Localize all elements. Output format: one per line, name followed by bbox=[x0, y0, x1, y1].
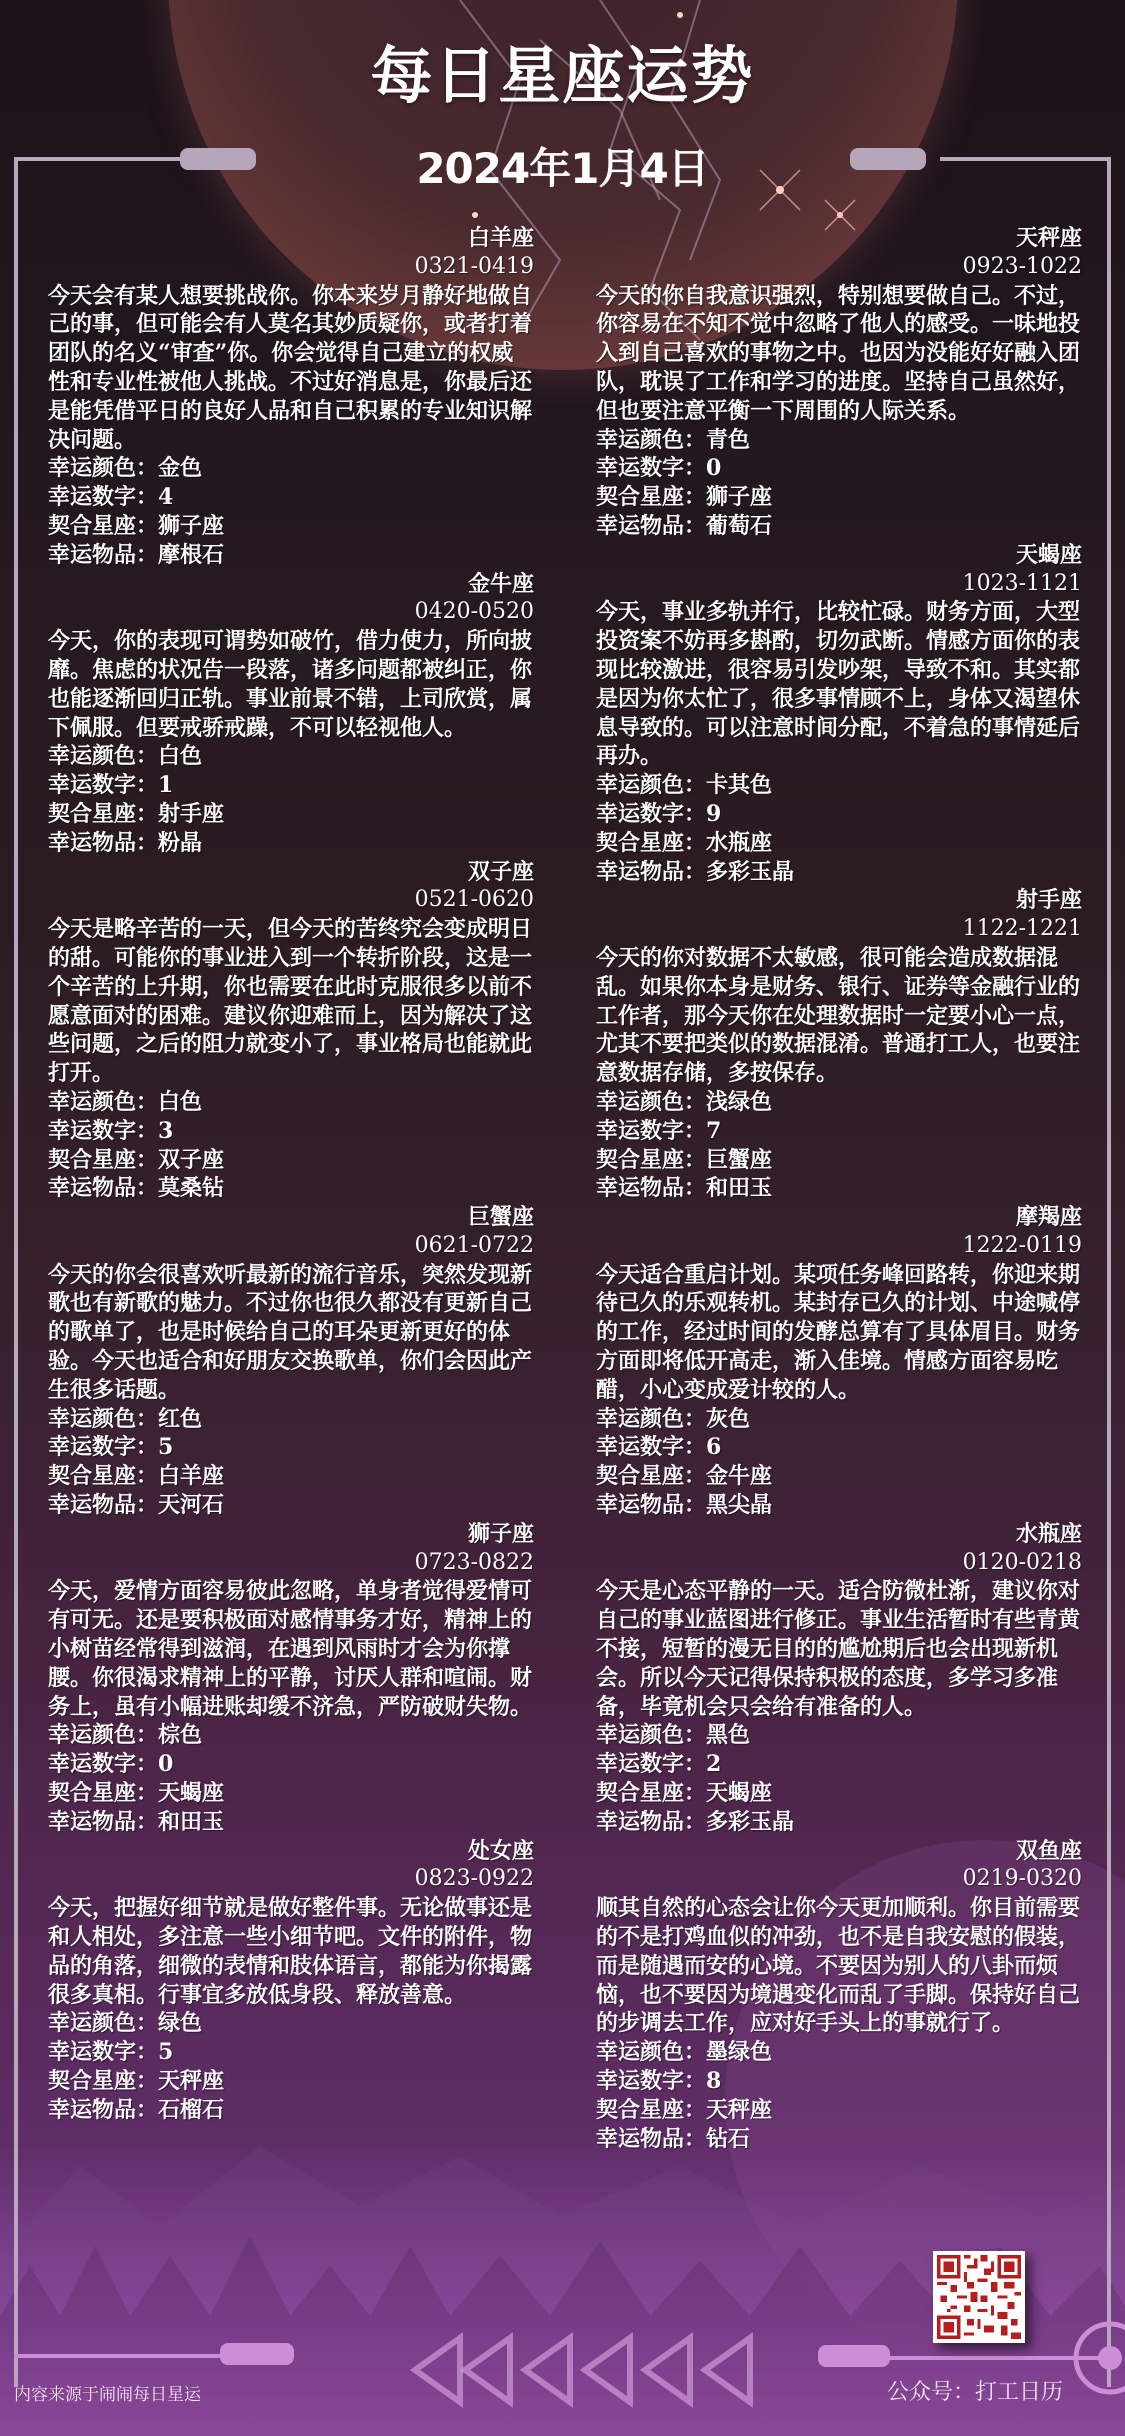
sign-description: 今天是心态平静的一天。适合防微杜渐，建议你对自己的事业蓝图进行修正。事业生活暂时… bbox=[596, 1577, 1082, 1721]
sign-dates: 0120-0218 bbox=[596, 1549, 1082, 1578]
sign-description: 今天，你的表现可谓势如破竹，借力使力，所向披靡。焦虑的状况告一段落，诸多问题都被… bbox=[48, 627, 534, 742]
lucky-number-line: 幸运数字：7 bbox=[596, 1117, 1082, 1146]
sign-description: 今天的你会很喜欢听最新的流行音乐，突然发现新歌也有新歌的魅力。不过你也很久都没有… bbox=[48, 1261, 534, 1405]
lucky-number-line: 幸运数字：0 bbox=[48, 1750, 534, 1779]
lucky-item-value: 和田玉 bbox=[158, 1809, 224, 1835]
sign-card-pisces: 双鱼座 0219-0320 顺其自然的心态会让你今天更加顺利。你目前需要的不是打… bbox=[596, 1837, 1082, 2154]
match-sign-value: 巨蟹座 bbox=[706, 1147, 772, 1173]
lucky-color-value: 灰色 bbox=[706, 1406, 750, 1432]
lucky-color-line: 幸运颜色：灰色 bbox=[596, 1405, 1082, 1434]
lucky-number-value: 5 bbox=[158, 1434, 173, 1460]
content-source-label: 内容来源于闹闹每日星运 bbox=[14, 2380, 201, 2405]
sign-card-aquarius: 水瓶座 0120-0218 今天是心态平静的一天。适合防微杜渐，建议你对自己的事… bbox=[596, 1520, 1082, 1837]
official-account-label: 公众号：打工日历 bbox=[887, 2375, 1063, 2406]
sign-card-gemini: 双子座 0521-0620 今天是略辛苦的一天，但今天的苦终究会变成明日的甜。可… bbox=[48, 858, 534, 1204]
sign-name: 巨蟹座 bbox=[48, 1203, 534, 1232]
lucky-number-line: 幸运数字：0 bbox=[596, 454, 1082, 483]
lucky-item-value: 和田玉 bbox=[706, 1175, 772, 1201]
match-sign-value: 白羊座 bbox=[158, 1463, 224, 1489]
lucky-item-value: 摩根石 bbox=[158, 542, 224, 568]
lucky-color-line: 幸运颜色：浅绿色 bbox=[596, 1088, 1082, 1117]
lucky-number-value: 5 bbox=[158, 2039, 173, 2065]
lucky-item-line: 幸运物品：石榴石 bbox=[48, 2096, 534, 2125]
lucky-number-line: 幸运数字：5 bbox=[48, 2038, 534, 2067]
sign-name: 射手座 bbox=[596, 886, 1082, 915]
lucky-item-line: 幸运物品：和田玉 bbox=[48, 1808, 534, 1837]
sign-dates: 0219-0320 bbox=[596, 1865, 1082, 1894]
lucky-number-line: 幸运数字：9 bbox=[596, 800, 1082, 829]
sign-dates: 0621-0722 bbox=[48, 1232, 534, 1261]
lucky-item-value: 黑尖晶 bbox=[706, 1492, 772, 1518]
sign-name: 水瓶座 bbox=[596, 1520, 1082, 1549]
lucky-number-line: 幸运数字：8 bbox=[596, 2067, 1082, 2096]
match-sign-value: 狮子座 bbox=[706, 484, 772, 510]
match-sign-value: 天蝎座 bbox=[158, 1780, 224, 1806]
lucky-item-value: 粉晶 bbox=[158, 830, 202, 856]
match-sign-value: 天秤座 bbox=[706, 2097, 772, 2123]
lucky-item-line: 幸运物品：天河石 bbox=[48, 1491, 534, 1520]
match-sign-value: 天蝎座 bbox=[706, 1780, 772, 1806]
lucky-item-line: 幸运物品：多彩玉晶 bbox=[596, 858, 1082, 887]
lucky-item-value: 莫桑钻 bbox=[158, 1175, 224, 1201]
lucky-number-value: 1 bbox=[158, 772, 173, 798]
qr-code-icon bbox=[937, 2255, 1021, 2339]
sign-description: 今天，把握好细节就是做好整件事。无论做事还是和人相处，多注意一些小细节吧。文件的… bbox=[48, 1894, 534, 2009]
lucky-color-value: 绿色 bbox=[158, 2010, 202, 2036]
page-date: 2024年1月4日 bbox=[0, 136, 1125, 196]
sign-dates: 1222-0119 bbox=[596, 1232, 1082, 1261]
sign-card-sagittarius: 射手座 1122-1221 今天的你对数据不太敏感，很可能会造成数据混乱。如果你… bbox=[596, 886, 1082, 1203]
sign-name: 双鱼座 bbox=[596, 1837, 1082, 1866]
lucky-item-line: 幸运物品：粉晶 bbox=[48, 829, 534, 858]
lucky-item-value: 天河石 bbox=[158, 1492, 224, 1518]
match-sign-value: 水瓶座 bbox=[706, 830, 772, 856]
sign-card-leo: 狮子座 0723-0822 今天，爱情方面容易彼此忽略，单身者觉得爱情可有可无。… bbox=[48, 1520, 534, 1837]
match-sign-value: 天秤座 bbox=[158, 2068, 224, 2094]
page-title: 每日星座运势 bbox=[0, 26, 1125, 115]
lucky-number-value: 6 bbox=[706, 1434, 721, 1460]
lucky-item-value: 多彩玉晶 bbox=[706, 1809, 794, 1835]
match-sign-value: 金牛座 bbox=[706, 1463, 772, 1489]
sign-card-scorpio: 天蝎座 1023-1121 今天，事业多轨并行，比较忙碌。财务方面，大型投资案不… bbox=[596, 541, 1082, 887]
sign-description: 今天，事业多轨并行，比较忙碌。财务方面，大型投资案不妨再多斟酌，切勿武断。情感方… bbox=[596, 598, 1082, 771]
sign-dates: 1023-1121 bbox=[596, 570, 1082, 599]
sign-name: 狮子座 bbox=[48, 1520, 534, 1549]
lucky-color-value: 卡其色 bbox=[706, 772, 772, 798]
lucky-number-line: 幸运数字：2 bbox=[596, 1750, 1082, 1779]
match-sign-line: 契合星座：狮子座 bbox=[596, 483, 1082, 512]
match-sign-line: 契合星座：双子座 bbox=[48, 1146, 534, 1175]
lucky-color-line: 幸运颜色：金色 bbox=[48, 454, 534, 483]
sign-dates: 1122-1221 bbox=[596, 915, 1082, 944]
lucky-item-value: 葡萄石 bbox=[706, 513, 772, 539]
sign-description: 今天的你自我意识强烈，特别想要做自己。不过，你容易在不知不觉中忽略了他人的感受。… bbox=[596, 282, 1082, 426]
sign-description: 今天是略辛苦的一天，但今天的苦终究会变成明日的甜。可能你的事业进入到一个转折阶段… bbox=[48, 915, 534, 1088]
lucky-item-value: 钻石 bbox=[706, 2126, 750, 2152]
lucky-color-line: 幸运颜色：白色 bbox=[48, 1088, 534, 1117]
sign-name: 金牛座 bbox=[48, 570, 534, 599]
lucky-color-value: 白色 bbox=[158, 743, 202, 769]
lucky-color-line: 幸运颜色：墨绿色 bbox=[596, 2038, 1082, 2067]
sign-description: 今天，爱情方面容易彼此忽略，单身者觉得爱情可有可无。还是要积极面对感情事务才好，… bbox=[48, 1577, 534, 1721]
sign-description: 顺其自然的心态会让你今天更加顺利。你目前需要的不是打鸡血似的冲劲，也不是自我安慰… bbox=[596, 1894, 1082, 2038]
lucky-number-value: 4 bbox=[158, 484, 173, 510]
sign-name: 处女座 bbox=[48, 1837, 534, 1866]
match-sign-line: 契合星座：天蝎座 bbox=[596, 1779, 1082, 1808]
sign-dates: 0521-0620 bbox=[48, 886, 534, 915]
sign-card-virgo: 处女座 0823-0922 今天，把握好细节就是做好整件事。无论做事还是和人相处… bbox=[48, 1837, 534, 2125]
match-sign-line: 契合星座：狮子座 bbox=[48, 512, 534, 541]
match-sign-value: 双子座 bbox=[158, 1147, 224, 1173]
lucky-color-line: 幸运颜色：白色 bbox=[48, 742, 534, 771]
lucky-item-value: 多彩玉晶 bbox=[706, 859, 794, 885]
sign-dates: 0923-1022 bbox=[596, 253, 1082, 282]
lucky-color-value: 金色 bbox=[158, 455, 202, 481]
lucky-color-line: 幸运颜色：黑色 bbox=[596, 1721, 1082, 1750]
lucky-color-value: 黑色 bbox=[706, 1722, 750, 1748]
lucky-number-value: 8 bbox=[706, 2068, 721, 2094]
sign-card-cancer: 巨蟹座 0621-0722 今天的你会很喜欢听最新的流行音乐，突然发现新歌也有新… bbox=[48, 1203, 534, 1520]
lucky-item-line: 幸运物品：黑尖晶 bbox=[596, 1491, 1082, 1520]
match-sign-line: 契合星座：巨蟹座 bbox=[596, 1146, 1082, 1175]
lucky-item-value: 石榴石 bbox=[158, 2097, 224, 2123]
lucky-color-line: 幸运颜色：青色 bbox=[596, 426, 1082, 455]
match-sign-line: 契合星座：天蝎座 bbox=[48, 1779, 534, 1808]
lucky-color-value: 红色 bbox=[158, 1406, 202, 1432]
lucky-number-value: 3 bbox=[158, 1118, 173, 1144]
qr-code[interactable] bbox=[933, 2251, 1025, 2343]
lucky-item-line: 幸运物品：和田玉 bbox=[596, 1174, 1082, 1203]
sign-name: 白羊座 bbox=[48, 224, 534, 253]
lucky-number-line: 幸运数字：3 bbox=[48, 1117, 534, 1146]
lucky-item-line: 幸运物品：钻石 bbox=[596, 2125, 1082, 2154]
sign-card-aries: 白羊座 0321-0419 今天会有某人想要挑战你。你本来岁月静好地做自己的事，… bbox=[48, 224, 534, 570]
match-sign-line: 契合星座：天秤座 bbox=[596, 2096, 1082, 2125]
lucky-color-value: 棕色 bbox=[158, 1722, 202, 1748]
sign-name: 天秤座 bbox=[596, 224, 1082, 253]
sign-description: 今天的你对数据不太敏感，很可能会造成数据混乱。如果你本身是财务、银行、证券等金融… bbox=[596, 944, 1082, 1088]
lucky-color-line: 幸运颜色：绿色 bbox=[48, 2009, 534, 2038]
lucky-item-line: 幸运物品：葡萄石 bbox=[596, 512, 1082, 541]
lucky-color-value: 浅绿色 bbox=[706, 1089, 772, 1115]
lucky-color-value: 青色 bbox=[706, 427, 750, 453]
match-sign-line: 契合星座：白羊座 bbox=[48, 1462, 534, 1491]
match-sign-line: 契合星座：天秤座 bbox=[48, 2067, 534, 2096]
sign-dates: 0420-0520 bbox=[48, 598, 534, 627]
sign-dates: 0723-0822 bbox=[48, 1549, 534, 1578]
sign-card-taurus: 金牛座 0420-0520 今天，你的表现可谓势如破竹，借力使力，所向披靡。焦虑… bbox=[48, 570, 534, 858]
lucky-number-line: 幸运数字：6 bbox=[596, 1433, 1082, 1462]
lucky-number-value: 2 bbox=[706, 1751, 721, 1777]
lucky-number-value: 0 bbox=[706, 455, 721, 481]
sign-name: 摩羯座 bbox=[596, 1203, 1082, 1232]
lucky-color-line: 幸运颜色：棕色 bbox=[48, 1721, 534, 1750]
sign-dates: 0321-0419 bbox=[48, 253, 534, 282]
left-column: 白羊座 0321-0419 今天会有某人想要挑战你。你本来岁月静好地做自己的事，… bbox=[48, 224, 534, 2125]
lucky-color-value: 白色 bbox=[158, 1089, 202, 1115]
arrow-triangles-decoration bbox=[410, 2330, 780, 2410]
sign-name: 双子座 bbox=[48, 858, 534, 887]
lucky-number-line: 幸运数字：1 bbox=[48, 771, 534, 800]
sign-description: 今天适合重启计划。某项任务峰回路转，你迎来期待已久的乐观转机。某封存已久的计划、… bbox=[596, 1261, 1082, 1405]
lucky-item-line: 幸运物品：多彩玉晶 bbox=[596, 1808, 1082, 1837]
target-circle-decoration bbox=[1070, 2300, 1125, 2410]
lucky-number-line: 幸运数字：4 bbox=[48, 483, 534, 512]
match-sign-line: 契合星座：金牛座 bbox=[596, 1462, 1082, 1491]
right-column: 天秤座 0923-1022 今天的你自我意识强烈，特别想要做自己。不过，你容易在… bbox=[596, 224, 1082, 2153]
sign-card-capricorn: 摩羯座 1222-0119 今天适合重启计划。某项任务峰回路转，你迎来期待已久的… bbox=[596, 1203, 1082, 1520]
lucky-number-value: 9 bbox=[706, 801, 721, 827]
lucky-item-line: 幸运物品：莫桑钻 bbox=[48, 1174, 534, 1203]
lucky-color-line: 幸运颜色：卡其色 bbox=[596, 771, 1082, 800]
lucky-item-line: 幸运物品：摩根石 bbox=[48, 541, 534, 570]
sign-card-libra: 天秤座 0923-1022 今天的你自我意识强烈，特别想要做自己。不过，你容易在… bbox=[596, 224, 1082, 541]
lucky-color-value: 墨绿色 bbox=[706, 2039, 772, 2065]
sign-dates: 0823-0922 bbox=[48, 1865, 534, 1894]
lucky-number-line: 幸运数字：5 bbox=[48, 1433, 534, 1462]
match-sign-line: 契合星座：水瓶座 bbox=[596, 829, 1082, 858]
lucky-number-value: 7 bbox=[706, 1118, 721, 1144]
sign-name: 天蝎座 bbox=[596, 541, 1082, 570]
match-sign-value: 狮子座 bbox=[158, 513, 224, 539]
lucky-color-line: 幸运颜色：红色 bbox=[48, 1405, 534, 1434]
match-sign-value: 射手座 bbox=[158, 801, 224, 827]
sign-description: 今天会有某人想要挑战你。你本来岁月静好地做自己的事，但可能会有人莫名其妙质疑你，… bbox=[48, 282, 534, 455]
match-sign-line: 契合星座：射手座 bbox=[48, 800, 534, 829]
lucky-number-value: 0 bbox=[158, 1751, 173, 1777]
